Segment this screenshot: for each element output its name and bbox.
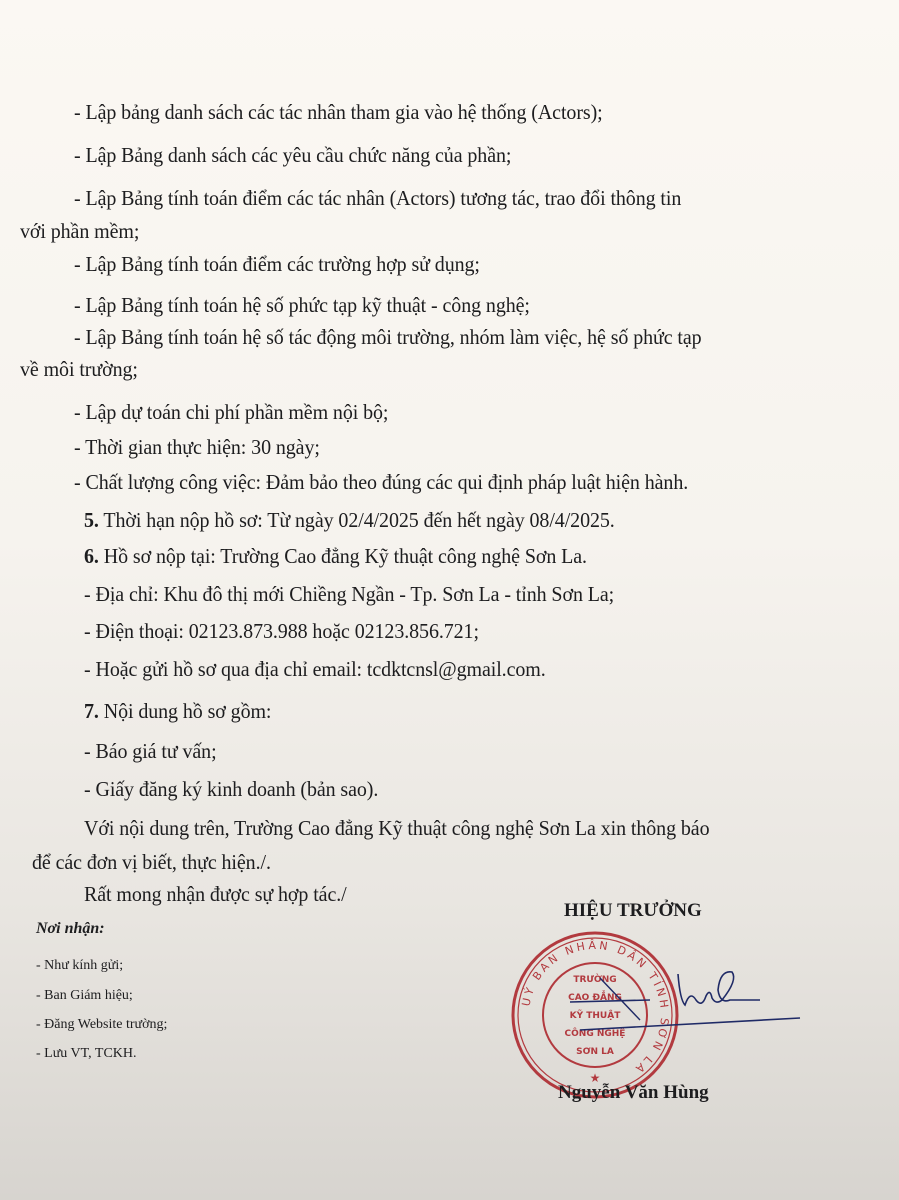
line-text: để các đơn vị biết, thực hiện./. bbox=[32, 850, 271, 874]
body-line: - Lập Bảng tính toán điểm các trường hợp… bbox=[74, 250, 480, 278]
body-line: - Điện thoại: 02123.873.988 hoặc 02123.8… bbox=[84, 617, 479, 645]
line-text: - Lập Bảng tính toán hệ số phức tạp kỹ t… bbox=[74, 293, 530, 317]
body-line: - Lập Bảng tính toán hệ số phức tạp kỹ t… bbox=[74, 291, 530, 319]
section-number: 5. bbox=[84, 508, 99, 532]
section-number: 6. bbox=[84, 544, 99, 568]
recipient-item: - Đăng Website trường; bbox=[36, 1017, 167, 1033]
line-text: - Chất lượng công việc: Đảm bảo theo đún… bbox=[74, 470, 688, 494]
signer-name: Nguyễn Văn Hùng bbox=[558, 1082, 709, 1104]
recipient-item: - Như kính gửi; bbox=[36, 958, 123, 974]
line-text: - Lập Bảng tính toán điểm các trường hợp… bbox=[74, 252, 480, 276]
body-line: - Chất lượng công việc: Đảm bảo theo đún… bbox=[74, 468, 688, 496]
body-line: - Lập dự toán chi phí phần mềm nội bộ; bbox=[74, 398, 388, 426]
line-text: - Địa chỉ: Khu đô thị mới Chiềng Ngần - … bbox=[84, 582, 614, 606]
line-text: - Giấy đăng ký kinh doanh (bản sao). bbox=[84, 777, 378, 801]
body-line: - Lập Bảng tính toán hệ số tác động môi … bbox=[74, 323, 702, 351]
line-text: Với nội dung trên, Trường Cao đẳng Kỹ th… bbox=[84, 816, 709, 840]
body-line: - Thời gian thực hiện: 30 ngày; bbox=[74, 433, 320, 461]
line-text: - Lập Bảng tính toán điểm các tác nhân (… bbox=[74, 186, 681, 210]
body-line: - Lập bảng danh sách các tác nhân tham g… bbox=[74, 98, 603, 126]
body-line: - Địa chỉ: Khu đô thị mới Chiềng Ngần - … bbox=[84, 580, 614, 608]
line-text: - Lập Bảng danh sách các yêu cầu chức nă… bbox=[74, 143, 511, 167]
body-line: 6. Hồ sơ nộp tại: Trường Cao đẳng Kỹ thu… bbox=[84, 542, 587, 570]
line-text: - Thời gian thực hiện: 30 ngày; bbox=[74, 435, 320, 459]
line-text: Rất mong nhận được sự hợp tác./ bbox=[84, 882, 347, 906]
body-line: để các đơn vị biết, thực hiện./. bbox=[32, 848, 271, 876]
line-text: về môi trường; bbox=[20, 357, 138, 381]
signer-title: HIỆU TRƯỞNG bbox=[564, 900, 702, 922]
line-text: - Điện thoại: 02123.873.988 hoặc 02123.8… bbox=[84, 619, 479, 643]
body-line: 5. Thời hạn nộp hồ sơ: Từ ngày 02/4/2025… bbox=[84, 506, 615, 534]
handwritten-signature bbox=[560, 960, 810, 1040]
line-text: Thời hạn nộp hồ sơ: Từ ngày 02/4/2025 đế… bbox=[99, 508, 615, 532]
recipient-item: - Ban Giám hiệu; bbox=[36, 988, 133, 1004]
body-line: - Lập Bảng tính toán điểm các tác nhân (… bbox=[74, 184, 681, 212]
line-text: - Lập Bảng tính toán hệ số tác động môi … bbox=[74, 325, 702, 349]
body-line: Với nội dung trên, Trường Cao đẳng Kỹ th… bbox=[84, 814, 709, 842]
line-text: - Lập bảng danh sách các tác nhân tham g… bbox=[74, 100, 603, 124]
body-line: 7. Nội dung hồ sơ gồm: bbox=[84, 697, 271, 725]
body-line: về môi trường; bbox=[20, 355, 138, 383]
line-text: - Hoặc gửi hồ sơ qua địa chỉ email: tcdk… bbox=[84, 657, 546, 681]
line-text: Nội dung hồ sơ gồm: bbox=[99, 699, 272, 723]
line-text: - Lập dự toán chi phí phần mềm nội bộ; bbox=[74, 400, 388, 424]
body-line: - Hoặc gửi hồ sơ qua địa chỉ email: tcdk… bbox=[84, 655, 546, 683]
line-text: - Báo giá tư vấn; bbox=[84, 739, 217, 763]
recipient-item: - Lưu VT, TCKH. bbox=[36, 1046, 137, 1062]
body-line: - Báo giá tư vấn; bbox=[84, 737, 217, 765]
body-line: - Giấy đăng ký kinh doanh (bản sao). bbox=[84, 775, 378, 803]
line-text: với phần mềm; bbox=[20, 219, 139, 243]
body-line: Rất mong nhận được sự hợp tác./ bbox=[84, 880, 347, 908]
body-line: với phần mềm; bbox=[20, 217, 139, 245]
section-number: 7. bbox=[84, 699, 99, 723]
recipients-title: Nơi nhận: bbox=[36, 920, 105, 938]
line-text: Hồ sơ nộp tại: Trường Cao đẳng Kỹ thuật … bbox=[99, 544, 587, 568]
svg-text:SƠN LA: SƠN LA bbox=[576, 1047, 614, 1057]
body-line: - Lập Bảng danh sách các yêu cầu chức nă… bbox=[74, 141, 511, 169]
